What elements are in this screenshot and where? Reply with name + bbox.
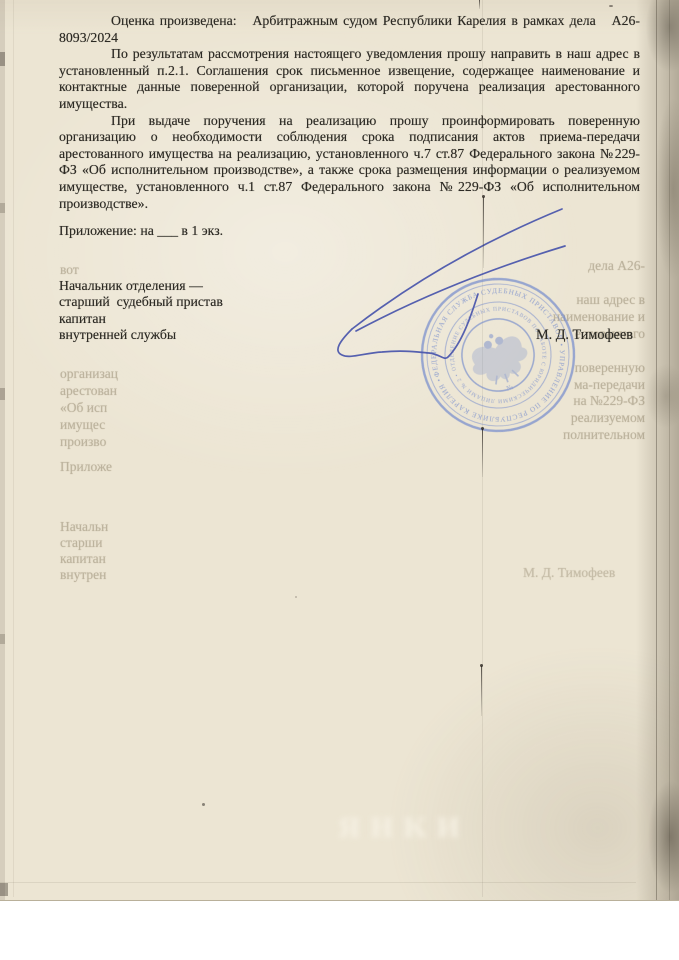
scan-edge-line	[656, 0, 657, 900]
signer-title-line: старший судебный пристав	[59, 294, 299, 310]
ghost-text: арестован	[60, 383, 117, 399]
pen-mark	[483, 197, 484, 268]
dust-speck	[202, 803, 205, 806]
ghost-text: Начальн	[60, 519, 108, 535]
ghost-text: Приложе	[60, 459, 112, 475]
edge-smudge	[0, 634, 5, 644]
scan-shadow-band	[636, 0, 679, 900]
pen-mark	[479, 0, 480, 9]
signer-title-line: внутренней службы	[59, 327, 299, 343]
signer-title-line: Начальник отделения —	[59, 278, 299, 294]
ghost-text: полнительном	[563, 427, 645, 443]
edge-smudge	[0, 52, 5, 66]
edge-smudge	[0, 203, 5, 213]
ghost-text: вот	[60, 262, 79, 278]
watermark-fragment: янки	[338, 800, 578, 848]
scanned-document-page: дела А26- наш адрес в наименование и ест…	[0, 0, 679, 960]
dust-speck	[609, 5, 613, 7]
dust-speck	[295, 596, 297, 598]
pen-mark	[482, 429, 483, 477]
paragraph-valuation: Оценка произведена: Арбитражным судом Ре…	[59, 13, 640, 46]
ghost-text: «Об исп	[60, 400, 107, 416]
handwritten-signature-ink	[330, 195, 580, 380]
ghost-text: организац	[60, 366, 118, 382]
edge-smudge	[0, 388, 5, 400]
pen-mark-dot	[481, 427, 484, 430]
ghost-text: капитан	[60, 551, 106, 567]
left-edge-shadow	[0, 0, 5, 900]
signature-title-block: Начальник отделения — старший судебный п…	[59, 278, 299, 344]
left-fold-crease	[13, 0, 14, 897]
paragraph-request-notice: По результатам рассмотрения настоящего у…	[59, 46, 640, 112]
edge-smudge	[0, 883, 8, 896]
ghost-text: старши	[60, 535, 102, 551]
pen-mark-dot	[480, 664, 483, 667]
signer-title-line: капитан	[59, 311, 299, 327]
ghost-text: внутрен	[60, 567, 106, 583]
ghost-text: произво	[60, 434, 106, 450]
horizontal-fold-crease	[0, 882, 636, 883]
ghost-text: имущес	[60, 417, 105, 433]
pen-mark-dot	[482, 195, 485, 198]
ghost-text: наш адрес в	[576, 292, 645, 308]
pen-mark	[481, 666, 482, 716]
ghost-signer-name: М. Д. Тимофеев	[523, 565, 615, 581]
scan-edge-line	[669, 0, 670, 900]
seal-center-mark: №	[505, 383, 514, 393]
